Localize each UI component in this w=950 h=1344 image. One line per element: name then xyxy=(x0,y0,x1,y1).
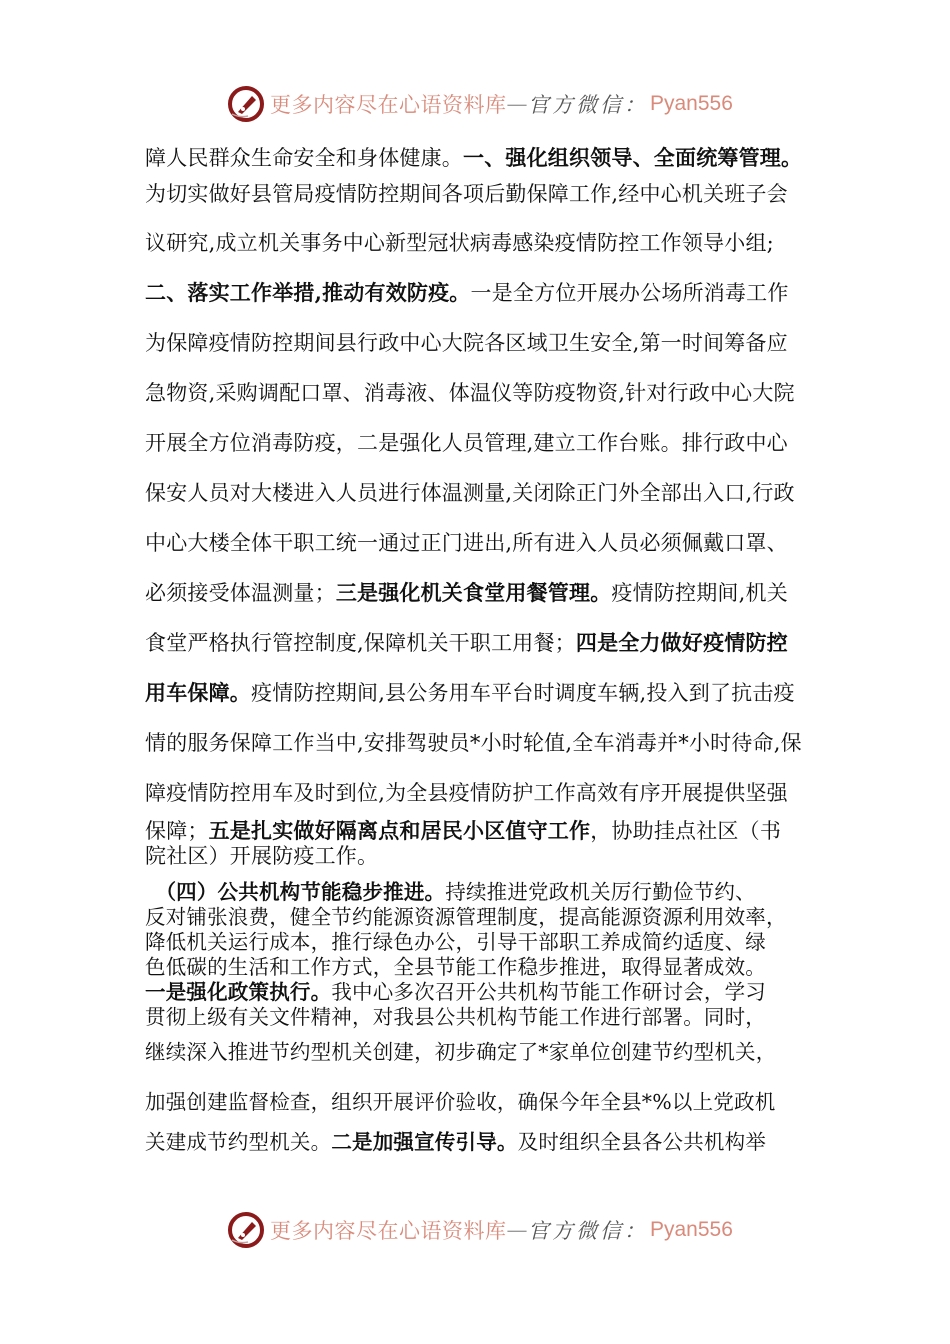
text-line: 中心大楼全体干职工统一通过正门进出,所有进入人员必须佩戴口罩、 xyxy=(145,530,788,556)
body-text: 议研究,成立机关事务中心新型冠状病毒感染疫情防控工作领导小组; xyxy=(145,231,774,255)
bold-heading-text: 三是强化机关食堂用餐管理。 xyxy=(336,580,612,605)
text-line: 障人民群众生命安全和身体健康。一、强化组织领导、全面统筹管理。 xyxy=(145,145,802,171)
banner-wechat-id: Pyan556 xyxy=(650,92,733,116)
text-line: 二、落实工作举措,推动有效防疫。一是全方位开展办公场所消毒工作 xyxy=(145,280,789,306)
footer-banner: 更多内容尽在心语资料库 — 官方微信： Pyan556 xyxy=(226,1208,733,1252)
body-text: 我中心多次召开公共机构节能工作研讨会，学习 xyxy=(331,980,766,1004)
text-line: 为切实做好县管局疫情防控期间各项后勤保障工作,经中心机关班子会 xyxy=(145,181,788,207)
text-line: 用车保障。疫情防控期间,县公务用车平台时调度车辆,投入到了抗击疫 xyxy=(145,680,795,706)
body-text: 急物资,采购调配口罩、消毒液、体温仪等防疫物资,针对行政中心大院 xyxy=(145,381,795,405)
text-line: 障疫情防控用车及时到位,为全县疫情防护工作高效有序开展提供坚强 xyxy=(145,780,788,806)
body-text: 院社区）开展防疫工作。 xyxy=(145,844,378,868)
bold-heading-text: 一是强化政策执行。 xyxy=(145,980,331,1004)
body-text: 反对铺张浪费，健全节约能源资源管理制度，提高能源资源利用效率， xyxy=(145,905,787,929)
bold-heading-text: 二是加强宣传引导。 xyxy=(331,1130,517,1154)
text-line: 开展全方位消毒防疫，二是强化人员管理,建立工作台账。排行政中心 xyxy=(145,430,788,456)
body-text: 关建成节约型机关。 xyxy=(145,1130,331,1154)
bold-heading-text: 一、强化组织领导、全面统筹管理。 xyxy=(463,145,802,170)
body-text: 保安人员对大楼进入人员进行体温测量,关闭除正门外全部出入口,行政 xyxy=(145,481,795,505)
body-text: 保障； xyxy=(145,819,209,843)
banner-main-text: 更多内容尽在心语资料库 xyxy=(270,1215,507,1245)
banner-label: 官方微信： xyxy=(528,1215,648,1245)
text-line: 一是强化政策执行。我中心多次召开公共机构节能工作研讨会，学习 xyxy=(145,980,766,1005)
text-line: 继续深入推进节约型机关创建，初步确定了*家单位创建节约型机关， xyxy=(145,1040,776,1065)
bold-heading-text: （四）公共机构节能稳步推进。 xyxy=(145,880,445,904)
text-line: 加强创建监督检查，组织开展评价验收，确保今年全县*%以上党政机 xyxy=(145,1090,775,1115)
bold-heading-text: 二、落实工作举措,推动有效防疫。 xyxy=(145,280,471,305)
body-text: ，协助挂点社区（书 xyxy=(590,819,781,843)
body-text: 情的服务保障工作当中,安排驾驶员*小时轮值,全车消毒并*小时待命,保 xyxy=(145,731,802,755)
text-line: 必须接受体温测量；三是强化机关食堂用餐管理。疫情防控期间,机关 xyxy=(145,580,788,606)
text-line: 急物资,采购调配口罩、消毒液、体温仪等防疫物资,针对行政中心大院 xyxy=(145,380,795,406)
bold-heading-text: 用车保障。 xyxy=(145,680,251,705)
banner-dash: — xyxy=(507,92,529,116)
body-text: 食堂严格执行管控制度,保障机关干职工用餐； xyxy=(145,631,576,655)
text-line: 议研究,成立机关事务中心新型冠状病毒感染疫情防控工作领导小组; xyxy=(145,230,774,256)
body-text: 贯彻上级有关文件精神，对我县公共机构节能工作进行部署。同时， xyxy=(145,1005,766,1029)
body-text: 色低碳的生活和工作方式，全县节能工作稳步推进，取得显著成效。 xyxy=(145,955,766,979)
body-text: 降低机关运行成本，推行绿色办公，引导干部职工养成简约适度、绿 xyxy=(145,930,766,954)
body-text: 为保障疫情防控期间县行政中心大院各区域卫生安全,第一时间筹备应 xyxy=(145,331,788,355)
bold-heading-text: 四是全力做好疫情防控 xyxy=(576,630,788,655)
body-text: 及时组织全县各公共机构举 xyxy=(518,1130,766,1154)
body-text: 为切实做好县管局疫情防控期间各项后勤保障工作,经中心机关班子会 xyxy=(145,182,788,206)
header-banner: 更多内容尽在心语资料库 — 官方微信： Pyan556 xyxy=(226,82,733,126)
body-text: 疫情防控期间,机关 xyxy=(611,581,787,605)
body-text: 一是全方位开展办公场所消毒工作 xyxy=(471,281,789,305)
body-text: 必须接受体温测量； xyxy=(145,581,336,605)
text-line: 关建成节约型机关。二是加强宣传引导。及时组织全县各公共机构举 xyxy=(145,1130,766,1155)
text-line: 保障；五是扎实做好隔离点和居民小区值守工作，协助挂点社区（书 xyxy=(145,818,781,844)
body-text: 加强创建监督检查，组织开展评价验收，确保今年全县*%以上党政机 xyxy=(145,1090,775,1114)
body-text: 继续深入推进节约型机关创建，初步确定了*家单位创建节约型机关， xyxy=(145,1040,776,1064)
text-line: 院社区）开展防疫工作。 xyxy=(145,843,378,869)
banner-wechat-id: Pyan556 xyxy=(650,1218,733,1242)
text-line: 食堂严格执行管控制度,保障机关干职工用餐；四是全力做好疫情防控 xyxy=(145,630,788,656)
body-text: 障人民群众生命安全和身体健康。 xyxy=(145,146,463,170)
text-line: 降低机关运行成本，推行绿色办公，引导干部职工养成简约适度、绿 xyxy=(145,930,766,955)
text-line: 保安人员对大楼进入人员进行体温测量,关闭除正门外全部出入口,行政 xyxy=(145,480,795,506)
body-text: 开展全方位消毒防疫，二是强化人员管理,建立工作台账。排行政中心 xyxy=(145,431,788,455)
text-line: 色低碳的生活和工作方式，全县节能工作稳步推进，取得显著成效。 xyxy=(145,955,766,980)
body-text: 障疫情防控用车及时到位,为全县疫情防护工作高效有序开展提供坚强 xyxy=(145,781,788,805)
banner-dash: — xyxy=(507,1218,529,1242)
body-text: 疫情防控期间,县公务用车平台时调度车辆,投入到了抗击疫 xyxy=(251,681,795,705)
bold-heading-text: 五是扎实做好隔离点和居民小区值守工作 xyxy=(209,818,591,843)
banner-main-text: 更多内容尽在心语资料库 xyxy=(270,89,507,119)
body-text: 持续推进党政机关厉行勤俭节约、 xyxy=(445,880,756,904)
text-line: 反对铺张浪费，健全节约能源资源管理制度，提高能源资源利用效率， xyxy=(145,905,787,930)
pen-nib-logo-icon xyxy=(226,1210,266,1250)
text-line: 情的服务保障工作当中,安排驾驶员*小时轮值,全车消毒并*小时待命,保 xyxy=(145,730,802,756)
text-line: （四）公共机构节能稳步推进。持续推进党政机关厉行勤俭节约、 xyxy=(145,880,756,905)
pen-nib-logo-icon xyxy=(226,84,266,124)
text-line: 为保障疫情防控期间县行政中心大院各区域卫生安全,第一时间筹备应 xyxy=(145,330,788,356)
banner-label: 官方微信： xyxy=(528,89,648,119)
text-line: 贯彻上级有关文件精神，对我县公共机构节能工作进行部署。同时， xyxy=(145,1005,766,1030)
body-text: 中心大楼全体干职工统一通过正门进出,所有进入人员必须佩戴口罩、 xyxy=(145,531,788,555)
